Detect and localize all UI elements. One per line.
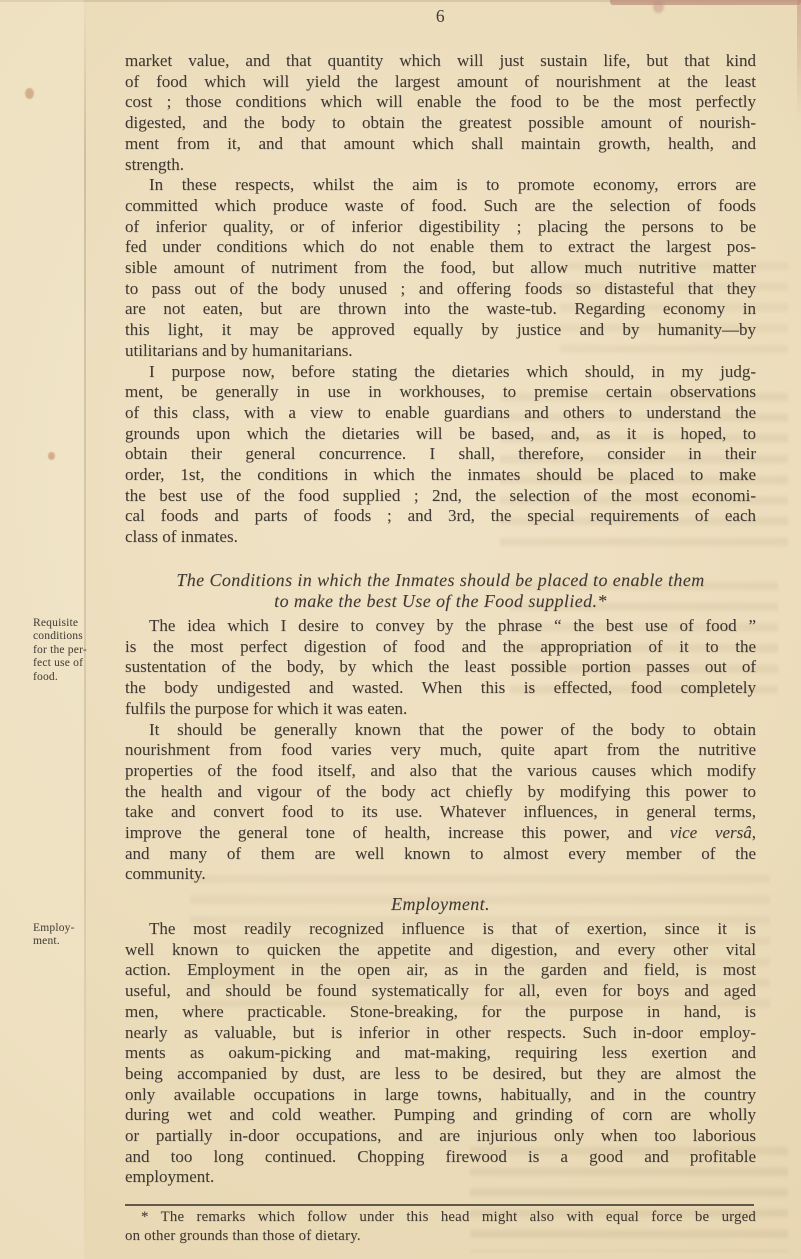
margin-note-requisite-conditions: Requisiteconditionsfor the per-fect use … [33,617,125,684]
text-line: the best use of the food supplied ; 2nd,… [125,486,756,507]
text-line: class of inmates. [125,527,756,548]
text-line: properties of the food itself, and also … [125,761,756,782]
text-line: ments as oakum-picking and mat-making, r… [125,1043,756,1064]
text-line: sustentation of the body, by which the l… [125,657,756,678]
text-line: the health and vigour of the body act ch… [125,782,756,803]
footnote: * The remarks which follow under this he… [125,1208,756,1246]
text-line: useful, and should be found systematical… [125,981,756,1002]
text-line: for the per- [33,644,125,657]
scan-edge-artifact [797,0,801,120]
text-line: It should be generally known that the po… [125,720,756,741]
text-line: The idea which I desire to convey by the… [125,616,756,637]
section-heading-conditions: The Conditions in which the Inmates shou… [125,570,756,612]
text-line: of this class, with a view to enable gua… [125,403,756,424]
text-line: In these respects, whilst the aim is to … [125,175,756,196]
text-line: ment from it, and that amount which shal… [125,134,756,155]
text-line: the body undigested and wasted. When thi… [125,678,756,699]
foxing-speck [48,452,55,460]
footnote-rule [125,1204,754,1206]
text-line: nourishment from food varies very much, … [125,740,756,761]
text-line: are not eaten, but are thrown into the w… [125,299,756,320]
text-line: committed which produce waste of food. S… [125,196,756,217]
text-line: fed under conditions which do not enable… [125,237,756,258]
text-line: fect use of [33,657,125,670]
text-line: or partially in-door occupations, and ar… [125,1126,756,1147]
text-line: cost ; those conditions which will enabl… [125,92,756,113]
text-line: obtain their general concurrence. I shal… [125,444,756,465]
book-page: 6 Requisiteconditionsfor the per-fect us… [0,0,801,1259]
page-number: 6 [125,6,756,27]
text-line: The most readily recognized influence is… [125,919,756,940]
text-line: and too long continued. Chopping firewoo… [125,1147,756,1168]
text-line: of inferior quality, or of inferior dige… [125,217,756,238]
text-line: ment, be generally in use in workhouses,… [125,382,756,403]
text-line: of food which will yield the largest amo… [125,72,756,93]
text-line: this light, it may be approved equally b… [125,320,756,341]
text-line: conditions [33,630,125,643]
text-line: well known to quicken the appetite and d… [125,940,756,961]
text-line: grounds upon which the dietaries will be… [125,424,756,445]
text-line: Employ- [33,922,125,935]
text-line: community. [125,864,756,885]
text-line: utilitarians and by humanitarians. [125,341,756,362]
text-line: fulfils the purpose for which it was eat… [125,699,756,720]
text-line: take and convert food to its use. Whatev… [125,802,756,823]
text-line: action. Employment in the open air, as i… [125,960,756,981]
text-line: to pass out of the body unused ; and off… [125,279,756,300]
body-text-employment: The most readily recognized influence is… [125,919,756,1188]
text-line: only available occupations in large town… [125,1085,756,1106]
text-line: improve the general tone of health, incr… [125,823,756,844]
text-line: on other grounds than those of dietary. [125,1227,756,1246]
text-line: and many of them are well known to almos… [125,844,756,865]
text-line: I purpose now, before stating the dietar… [125,362,756,383]
body-text-top: market value, and that quantity which wi… [125,51,756,548]
text-line: Requisite [33,617,125,630]
text-line: order, 1st, the conditions in which the … [125,465,756,486]
text-line: * The remarks which follow under this he… [125,1208,756,1227]
text-line: to make the best Use of the Food supplie… [125,591,756,612]
text-line: digested, and the body to obtain the gre… [125,113,756,134]
scan-edge-artifact [610,0,801,5]
margin-note-employment: Employ-ment. [33,922,125,949]
text-line: food. [33,671,125,684]
text-line: strength. [125,155,756,176]
text-line: is the most perfect digestion of food an… [125,637,756,658]
section-heading-employment: Employment. [125,894,756,915]
text-line: The Conditions in which the Inmates shou… [125,570,756,591]
text-line: market value, and that quantity which wi… [125,51,756,72]
text-line: during wet and cold weather. Pumping and… [125,1105,756,1126]
text-line: sible amount of nutriment from the food,… [125,258,756,279]
text-line: employment. [125,1167,756,1188]
text-line: men, where practicable. Stone-breaking, … [125,1002,756,1023]
text-line: nearly as valuable, but is inferior in o… [125,1023,756,1044]
text-line: being accompanied by dust, are less to b… [125,1064,756,1085]
body-text-conditions: The idea which I desire to convey by the… [125,616,756,885]
foxing-speck [25,88,34,99]
text-line: cal foods and parts of foods ; and 3rd, … [125,506,756,527]
text-line: ment. [33,935,125,948]
